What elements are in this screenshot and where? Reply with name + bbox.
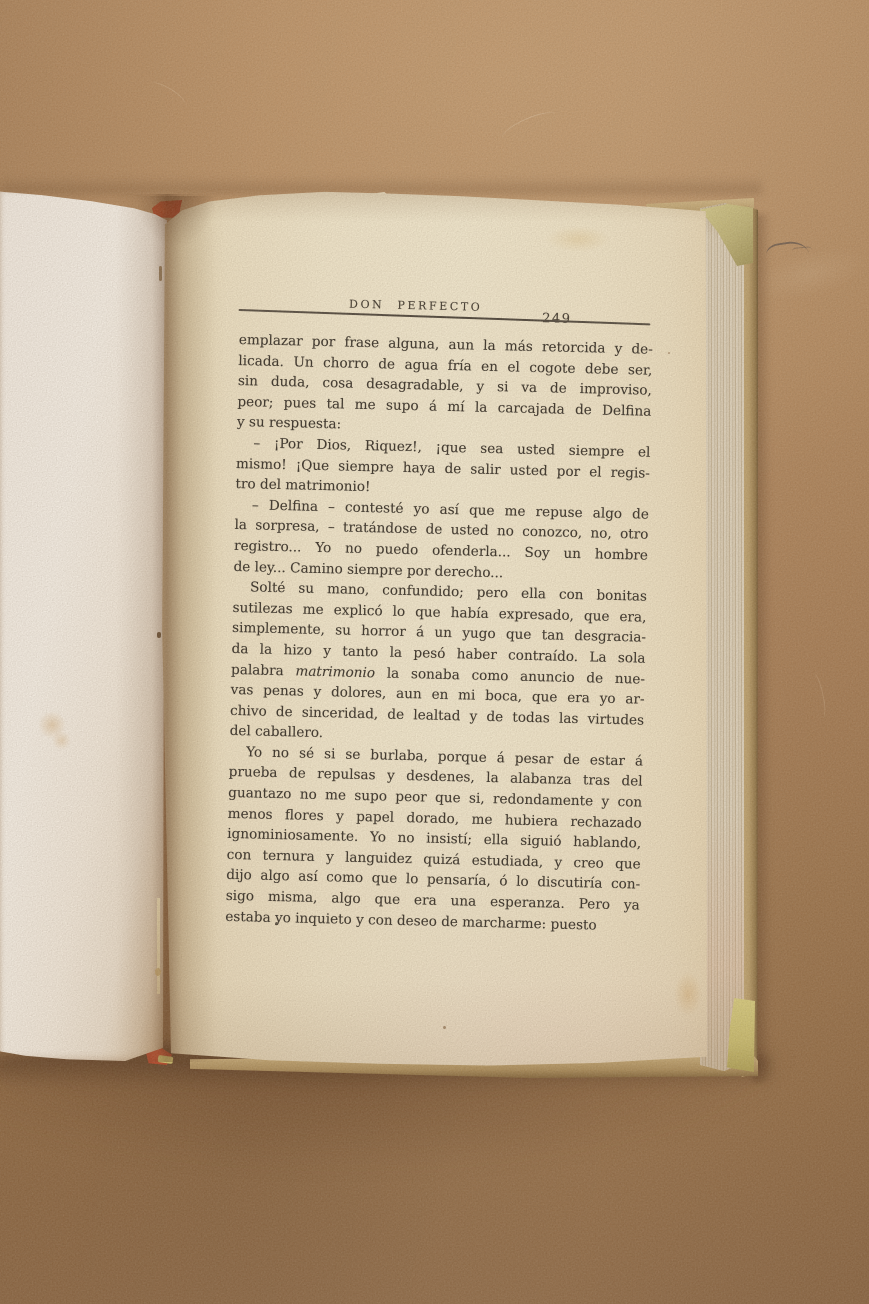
fox-speck [443, 1026, 446, 1029]
photo-scene: DON PERFECTO 249 emplazar por frase algu… [0, 0, 869, 1304]
left-page [0, 189, 167, 1061]
page-stain [674, 972, 702, 1016]
ink-dot [275, 922, 278, 925]
binding-thread [157, 898, 160, 994]
page-text: emplazar por frase alguna, aun la más re… [225, 330, 653, 937]
page-stain [546, 226, 610, 252]
binding-stitch [157, 632, 161, 638]
page-content: DON PERFECTO 249 emplazar por frase algu… [224, 293, 653, 963]
page-stain [52, 731, 71, 750]
binding-stitch [159, 266, 162, 281]
binding-thread-knot [155, 968, 161, 976]
open-book: DON PERFECTO 249 emplazar por frase algu… [0, 0, 869, 1304]
fox-speck [668, 352, 670, 354]
